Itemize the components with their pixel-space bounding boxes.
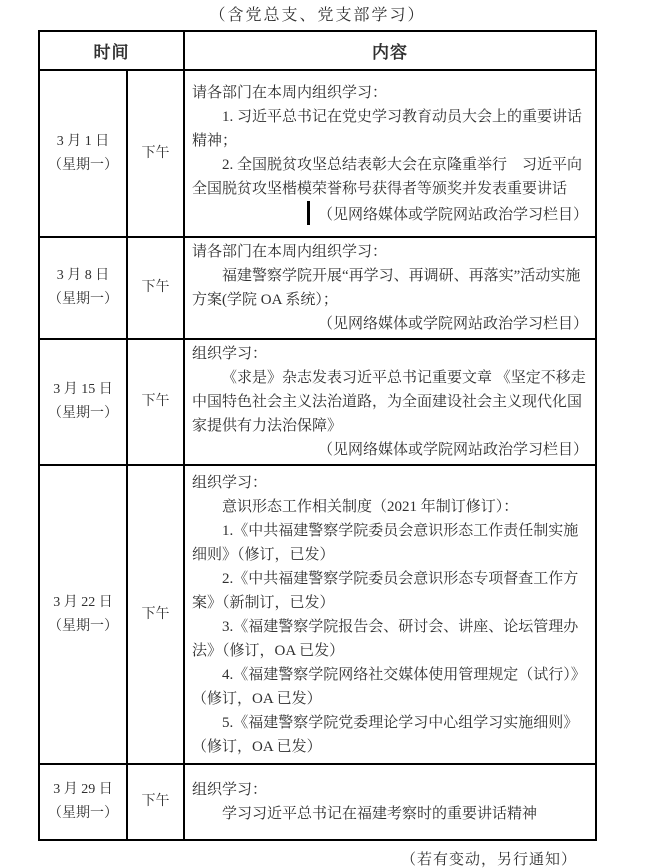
- content-paragraph: 请各部门在本周内组织学习：: [192, 81, 588, 105]
- period-cell: 下午: [128, 340, 185, 464]
- table-header-row: 时间 内容: [40, 32, 595, 71]
- content-paragraph: 组织学习：: [192, 471, 588, 495]
- content-paragraph: 意识形态工作相关制度（2021 年制订修订）：: [192, 495, 588, 519]
- document-page: （含党总支、党支部学习） 时间 内容 3 月 1 日 （星期一） 下午 请各部门…: [38, 4, 597, 868]
- table-row: 3 月 1 日 （星期一） 下午 请各部门在本周内组织学习：1. 习近平总书记在…: [40, 71, 595, 238]
- row-date: 3 月 8 日: [57, 264, 110, 288]
- content-paragraph: 《求是》杂志发表习近平总书记重要文章 《坚定不移走中国特色社会主义法治道路，为全…: [192, 366, 588, 438]
- content-paragraph: 2. 全国脱贫攻坚总结表彰大会在京隆重举行 习近平向全国脱贫攻坚楷模荣誉称号获得…: [192, 153, 588, 201]
- content-paragraph: 组织学习：: [192, 778, 588, 802]
- table-row: 3 月 22 日 （星期一） 下午 组织学习：意识形态工作相关制度（2021 年…: [40, 466, 595, 765]
- time-cell: 3 月 22 日 （星期一）: [40, 466, 128, 763]
- row-weekday: （星期一）: [48, 802, 118, 826]
- table-body: 3 月 1 日 （星期一） 下午 请各部门在本周内组织学习：1. 习近平总书记在…: [40, 71, 595, 839]
- source-note: （见网络媒体或学院网站政治学习栏目）: [192, 201, 588, 227]
- content-paragraph: 组织学习：: [192, 342, 588, 366]
- footer-note: （若有变动，另行通知）: [38, 848, 597, 868]
- row-weekday: （星期一）: [48, 615, 118, 639]
- row-period: 下午: [142, 790, 170, 814]
- page-title: （含党总支、党支部学习）: [38, 4, 597, 28]
- content-paragraph: 3.《福建警察学院报告会、研讨会、讲座、论坛管理办法》（修订，OA 已发）: [192, 615, 588, 663]
- time-cell: 3 月 1 日 （星期一）: [40, 71, 128, 236]
- row-weekday: （星期一）: [48, 402, 118, 426]
- row-content: 组织学习：学习习近平总书记在福建考察时的重要讲话精神: [185, 765, 595, 839]
- table-row: 3 月 15 日 （星期一） 下午 组织学习：《求是》杂志发表习近平总书记重要文…: [40, 340, 595, 466]
- row-period: 下午: [142, 603, 170, 627]
- row-content: 组织学习：意识形态工作相关制度（2021 年制订修订）：1.《中共福建警察学院委…: [185, 466, 595, 763]
- row-period: 下午: [142, 390, 170, 414]
- content-paragraph: 学习习近平总书记在福建考察时的重要讲话精神: [192, 802, 588, 826]
- row-content: 请各部门在本周内组织学习：1. 习近平总书记在党史学习教育动员大会上的重要讲话精…: [185, 71, 595, 236]
- row-date: 3 月 29 日: [53, 778, 113, 802]
- table-row: 3 月 8 日 （星期一） 下午 请各部门在本周内组织学习：福建警察学院开展“再…: [40, 238, 595, 340]
- content-paragraph: 4.《福建警察学院网络社交媒体使用管理规定（试行）》（修订，OA 已发）: [192, 663, 588, 711]
- row-weekday: （星期一）: [48, 154, 118, 178]
- row-date: 3 月 1 日: [57, 130, 110, 154]
- time-cell: 3 月 8 日 （星期一）: [40, 238, 128, 338]
- content-paragraph: 1. 习近平总书记在党史学习教育动员大会上的重要讲话精神；: [192, 105, 588, 153]
- content-paragraph: 1.《中共福建警察学院委员会意识形态工作责任制实施细则》（修订，已发）: [192, 519, 588, 567]
- content-paragraph: 5.《福建警察学院党委理论学习中心组学习实施细则》（修订，OA 已发）: [192, 711, 588, 759]
- schedule-table: 时间 内容 3 月 1 日 （星期一） 下午 请各部门在本周内组织学习：1. 习…: [38, 30, 597, 841]
- text-cursor: [307, 201, 310, 225]
- column-header-content: 内容: [185, 32, 595, 69]
- row-content: 组织学习：《求是》杂志发表习近平总书记重要文章 《坚定不移走中国特色社会主义法治…: [185, 340, 595, 464]
- table-row: 3 月 29 日 （星期一） 下午 组织学习：学习习近平总书记在福建考察时的重要…: [40, 765, 595, 839]
- column-header-time: 时间: [40, 32, 185, 69]
- row-period: 下午: [142, 276, 170, 300]
- period-cell: 下午: [128, 71, 185, 236]
- period-cell: 下午: [128, 466, 185, 763]
- content-paragraph: 请各部门在本周内组织学习：: [192, 240, 588, 264]
- time-cell: 3 月 29 日 （星期一）: [40, 765, 128, 839]
- content-paragraph: 2.《中共福建警察学院委员会意识形态专项督查工作方案》（新制订，已发）: [192, 567, 588, 615]
- source-note: （见网络媒体或学院网站政治学习栏目）: [192, 312, 588, 336]
- row-period: 下午: [142, 142, 170, 166]
- row-content: 请各部门在本周内组织学习：福建警察学院开展“再学习、再调研、再落实”活动实施方案…: [185, 238, 595, 338]
- period-cell: 下午: [128, 765, 185, 839]
- source-note: （见网络媒体或学院网站政治学习栏目）: [192, 438, 588, 462]
- row-weekday: （星期一）: [48, 288, 118, 312]
- row-date: 3 月 22 日: [53, 591, 113, 615]
- content-paragraph: 福建警察学院开展“再学习、再调研、再落实”活动实施方案(学院 OA 系统）；: [192, 264, 588, 312]
- time-cell: 3 月 15 日 （星期一）: [40, 340, 128, 464]
- row-date: 3 月 15 日: [53, 378, 113, 402]
- period-cell: 下午: [128, 238, 185, 338]
